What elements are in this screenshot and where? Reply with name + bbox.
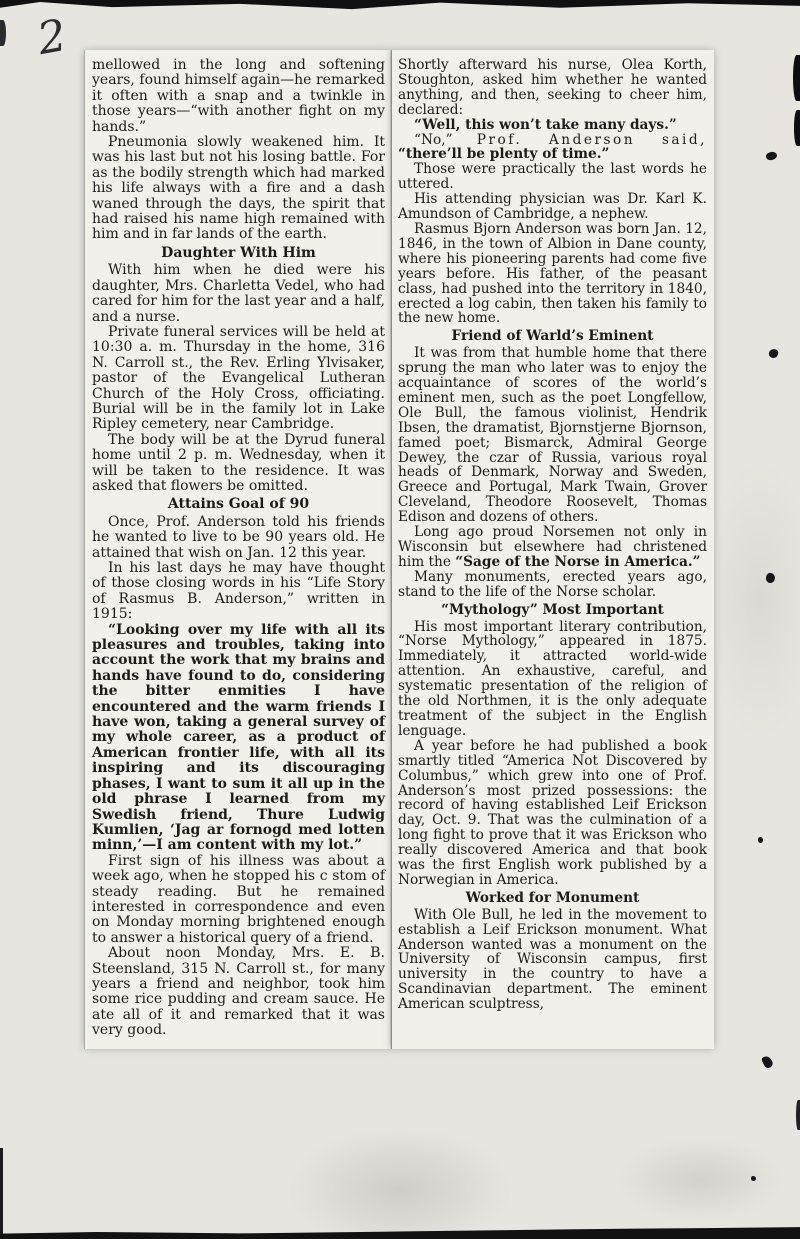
article-paragraph: About noon Monday, Mrs. E. B. Steensland… [92, 946, 385, 1038]
article-paragraph: His most important literary contribution… [398, 620, 707, 739]
left-column: mellowed in the long and softening years… [84, 50, 390, 1049]
section-heading: Friend of Warld’s Eminent [398, 329, 707, 344]
scan-artifact-right-edge [794, 110, 800, 146]
ink-speck [761, 1055, 774, 1070]
section-heading: Worked for Monument [398, 891, 707, 906]
section-heading: “Mythology” Most Important [398, 603, 707, 618]
scan-edge-band-bottom [0, 1225, 800, 1239]
article-paragraph: Long ago proud Norsemen not only in Wisc… [398, 525, 707, 570]
quote-paragraph: “Looking over my life with all its pleas… [92, 623, 385, 854]
article-paragraph: First sign of his illness was about a we… [92, 854, 385, 946]
article-paragraph: mellowed in the long and softening years… [92, 58, 385, 135]
article-paragraph: Rasmus Bjorn Anderson was born Jan. 12, … [398, 222, 707, 326]
article-paragraph: Private funeral services will be held at… [92, 325, 385, 433]
scan-edge-band-top [0, 0, 800, 13]
paragraph-segment: “there’ll be plenty of time.” [398, 146, 609, 162]
article-paragraph: The body will be at the Dyrud funeral ho… [92, 433, 385, 495]
article-paragraph: His attending physician was Dr. Karl K. … [398, 192, 707, 222]
article-paragraph: Once, Prof. Anderson told his friends he… [92, 515, 385, 561]
ink-speck [768, 348, 780, 360]
scan-artifact-left-corner [0, 20, 6, 46]
article-paragraph: Many monuments, erected years ago, stand… [398, 570, 707, 600]
paragraph-segment: Prof. Anderson said, [477, 132, 707, 148]
article-paragraph: It was from that humble home that there … [398, 346, 707, 525]
article-paragraph: In his last days he may have thought of … [92, 561, 385, 623]
article-paragraph: Pneumonia slowly weakened him. It was hi… [92, 135, 385, 243]
article-paragraph: “No,” Prof. Anderson said, “there’ll be … [398, 133, 707, 163]
article-paragraph: Those were practically the last words he… [398, 162, 707, 192]
quote-paragraph: “Well, this won’t take many days.” [398, 118, 707, 133]
ink-speck [758, 837, 763, 843]
scan-artifact-right-edge [796, 1100, 800, 1130]
section-heading: Attains Goal of 90 [92, 497, 385, 512]
newspaper-clipping: mellowed in the long and softening years… [84, 50, 714, 1049]
handwritten-page-number: 2 [34, 10, 70, 65]
ink-speck [765, 151, 778, 162]
paragraph-segment: “Sage of the Norse in America.” [455, 554, 700, 570]
article-paragraph: With Ole Bull, he led in the movement to… [398, 908, 707, 1012]
paragraph-segment: “No,” [414, 132, 477, 148]
newspaper-scan-page: { "page": { "handwritten_number": "2" },… [0, 0, 800, 1239]
scan-artifact-left-line [0, 1148, 3, 1239]
article-paragraph: A year before he had published a book sm… [398, 739, 707, 888]
article-paragraph: With him when he died were his daughter,… [92, 263, 385, 325]
ink-speck [751, 1176, 756, 1181]
ink-speck [765, 572, 776, 583]
article-paragraph: Shortly afterward his nurse, Olea Korth,… [398, 58, 707, 118]
section-heading: Daughter With Him [92, 246, 385, 261]
right-column: Shortly afterward his nurse, Olea Korth,… [391, 50, 714, 1049]
scan-artifact-right-edge [793, 55, 800, 101]
